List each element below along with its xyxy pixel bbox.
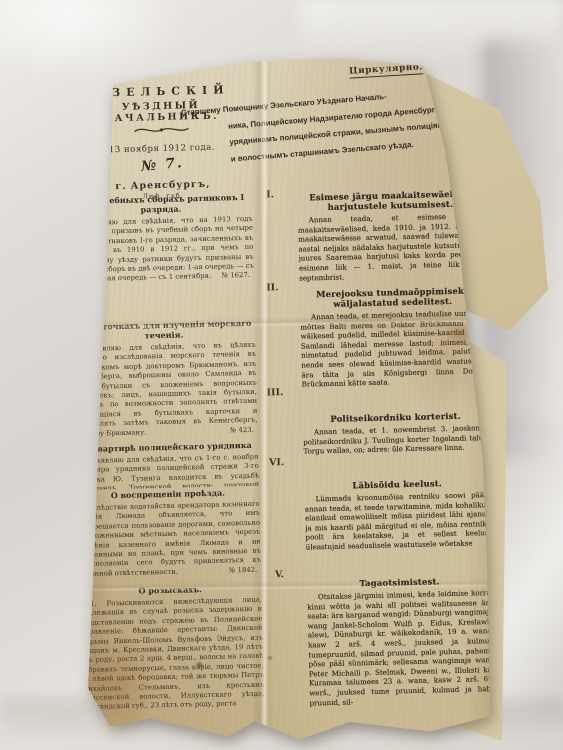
section-ru-3: О квартирѣ полицейскаго урядника Объявля… <box>75 440 259 490</box>
section-ru-3-title: О квартирѣ полицейскаго урядника <box>75 440 258 454</box>
diamond-ornament-icon: ◆ <box>85 67 235 79</box>
circular-label: Циркулярно. <box>349 62 424 78</box>
section-numeral: II. <box>257 282 287 294</box>
section-et-2-title: Merejooksu tundmaõppimiseks wäljalastatu… <box>299 285 485 310</box>
two-column-body: I. II. III. VI. V. Объ учебныхъ сборахъ … <box>69 180 514 738</box>
office-title-line1: ЭЗЕЛЬСКІЙ <box>85 83 235 100</box>
section-et-1-title: Esimese järgu maakaitsewäeliste harjutus… <box>297 188 483 213</box>
paper-stain <box>423 51 481 89</box>
flourish-ornament-icon <box>86 123 236 137</box>
section-et-5-body: Otsitakse järgmisi inimesi, keda leidmis… <box>307 588 496 708</box>
section-et-4: Läbisõidu keelust. Lümmada kroonumõisa r… <box>304 477 492 579</box>
section-numeral: VI. <box>262 457 292 469</box>
section-et-3: Politseikordniku korterist. Annan teada,… <box>302 410 490 481</box>
section-ru-5: О розыскахъ. 1. Розыскиваются нижеслѣдую… <box>79 583 266 735</box>
document-number: № 7. <box>87 150 238 180</box>
section-et-3-body: Annan teada, et 1. nowembrist 3. jaoskon… <box>303 423 490 456</box>
section-ru-2: О карточкахъ для изученія морскаго течен… <box>72 318 258 442</box>
document-content: М. В. Д. ◆ ЭЗЕЛЬСКІЙ УѢЗДНЫЙ НАЧАЛЬНИКЪ.… <box>48 19 525 750</box>
document-sheet: М. В. Д. ◆ ЭЗЕЛЬСКІЙ УѢЗДНЫЙ НАЧАЛЬНИКЪ.… <box>55 25 515 745</box>
address-block: Старшему Помощнику Эзельскаго Уѣзднаго Н… <box>226 81 494 168</box>
section-et-2-body: Annan teada, et merejooksu teaduslise uu… <box>300 308 488 389</box>
document-sheet-wrapper: М. В. Д. ◆ ЭЗЕЛЬСКІЙ УѢЗДНЫЙ НАЧАЛЬНИКЪ.… <box>0 0 563 750</box>
ministry-abbreviation: М. В. Д. <box>85 52 235 67</box>
section-et-5: Tagaotsimistest. Otsitakse järgmisi inim… <box>307 575 497 729</box>
letterhead: М. В. Д. ◆ ЭЗЕЛЬСКІЙ УѢЗДНЫЙ НАЧАЛЬНИКЪ.… <box>85 52 239 202</box>
section-ru-2-body: Объявляю для свѣдѣнія, что въ цѣляхъ нау… <box>73 341 258 440</box>
section-ru-1: Объ учебныхъ сборахъ ратниковъ I разряда… <box>69 192 255 320</box>
estonian-column: Esimese järgu maakaitsewäeliste harjutus… <box>297 180 496 732</box>
section-ru-4: О воспрещеніи проѣзда. Вслѣдствіе ходата… <box>76 487 261 586</box>
section-et-4-body: Lümmada kroonumõisa rentniku soowi pääle… <box>304 490 491 552</box>
section-ru-1-title: Объ учебныхъ сборахъ ратниковъ I разряда… <box>69 192 252 216</box>
section-et-1-body: Annan teada, et esimese järgu maakaitsew… <box>298 211 486 283</box>
section-et-2: Merejooksu tundmaõppimiseks wäljalastatu… <box>299 285 488 414</box>
section-ru-5-body: 1. Розыскиваются нижеслѣдующія лица, под… <box>79 596 265 713</box>
section-numeral: I. <box>255 189 285 201</box>
section-numeral: V. <box>264 569 294 581</box>
section-ru-2-title: О карточкахъ для изученія морскаго течен… <box>72 318 255 342</box>
section-numeral: III. <box>260 387 290 399</box>
russian-column: Объ учебныхъ сборахъ ратниковъ I разряда… <box>69 186 265 738</box>
section-ru-3-body: Объявляю для свѣдѣнія, что съ 1-го с. но… <box>75 453 259 490</box>
section-et-1: Esimese järgu maakaitsewäeliste harjutus… <box>297 188 485 289</box>
